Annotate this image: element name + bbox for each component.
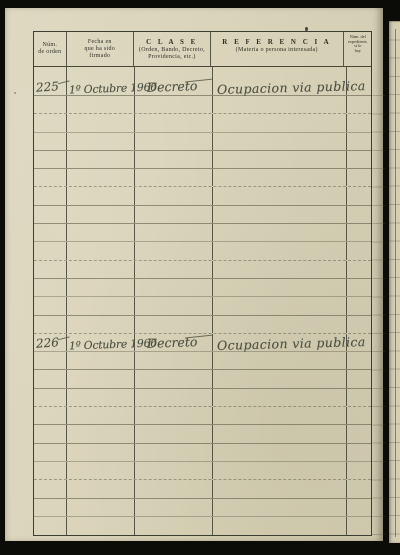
cell-expediente <box>347 114 371 131</box>
register-page: Núm. de orden Fecha en que ha sido firma… <box>5 8 383 541</box>
cell-referencia <box>213 316 347 333</box>
cell-num-orden <box>34 279 67 296</box>
cell-referencia <box>213 462 347 479</box>
cell-referencia <box>213 352 347 369</box>
table-row <box>34 389 371 407</box>
cell-num-orden <box>34 133 67 150</box>
cell-fecha <box>67 261 135 278</box>
entry-referencia: Ocupacion via publica <box>217 78 366 97</box>
next-page-rule-line <box>395 29 396 537</box>
cell-fecha <box>67 279 135 296</box>
cell-num-orden <box>34 224 67 241</box>
cell-num-orden <box>34 242 67 259</box>
cell-fecha: 1º Octubre 1966 <box>67 334 135 351</box>
scanned-photo-background: Núm. de orden Fecha en que ha sido firma… <box>0 0 400 555</box>
cell-clase <box>135 114 213 131</box>
cell-fecha <box>67 370 135 387</box>
header-cell-num-orden: Núm. de orden <box>34 32 67 66</box>
entry-num-orden: 226 <box>36 335 60 351</box>
table-row <box>34 425 371 443</box>
table-row <box>34 187 371 205</box>
table-row <box>34 279 371 297</box>
header-text: Núm. <box>34 42 66 49</box>
header-cell-expediente: Núm. del expediente, si lo hay <box>344 32 372 66</box>
cell-expediente <box>347 67 371 95</box>
cell-expediente <box>347 425 371 442</box>
cell-clase <box>135 370 213 387</box>
header-text: (Orden, Bando, Decreto, <box>134 47 210 54</box>
cell-expediente <box>347 297 371 314</box>
table-row <box>34 206 371 224</box>
cell-fecha <box>67 224 135 241</box>
header-text: de orden <box>34 49 66 56</box>
header-text: firmado <box>67 53 133 60</box>
cell-clase <box>135 224 213 241</box>
entry-num-orden: 225 <box>36 79 60 95</box>
cell-fecha <box>67 462 135 479</box>
cell-expediente <box>347 517 371 535</box>
cell-expediente <box>347 242 371 259</box>
table-header-row: Núm. de orden Fecha en que ha sido firma… <box>34 32 371 67</box>
ink-speck <box>14 92 16 94</box>
cell-fecha <box>67 517 135 535</box>
cell-clase <box>135 407 213 424</box>
cell-num-orden <box>34 261 67 278</box>
header-cell-referencia: R E F E R E N C I A (Materia o persona i… <box>211 32 344 66</box>
cell-num-orden <box>34 480 67 497</box>
cell-num-orden <box>34 389 67 406</box>
table-row <box>34 96 371 114</box>
cell-clase <box>135 425 213 442</box>
cell-referencia: Ocupacion via publica <box>213 334 347 351</box>
cell-num-orden <box>34 517 67 535</box>
header-text: hay <box>347 49 367 54</box>
table-row <box>34 407 371 425</box>
header-text: que ha sido <box>67 46 133 53</box>
cell-fecha <box>67 444 135 461</box>
cell-clase <box>135 133 213 150</box>
cell-clase <box>135 96 213 113</box>
cell-clase <box>135 499 213 516</box>
cell-expediente <box>347 370 371 387</box>
cell-referencia <box>213 206 347 223</box>
cell-referencia <box>213 389 347 406</box>
cell-referencia <box>213 444 347 461</box>
cell-num-orden <box>34 316 67 333</box>
cell-referencia <box>213 133 347 150</box>
cell-referencia <box>213 114 347 131</box>
cell-num-orden <box>34 187 67 204</box>
table-row <box>34 151 371 169</box>
header-text: (Materia o persona interesada) <box>211 47 343 54</box>
cell-referencia <box>213 96 347 113</box>
cell-referencia <box>213 297 347 314</box>
cell-num-orden: 225 <box>34 67 67 95</box>
cell-referencia <box>213 261 347 278</box>
cell-fecha <box>67 206 135 223</box>
cell-referencia <box>213 169 347 186</box>
cell-fecha: 1º Octubre 1966 <box>67 67 135 95</box>
header-text: R E F E R E N C I A <box>211 38 343 47</box>
cell-clase <box>135 279 213 296</box>
cell-referencia <box>213 151 347 168</box>
cell-clase <box>135 517 213 535</box>
cell-expediente <box>347 407 371 424</box>
cell-num-orden <box>34 407 67 424</box>
cell-clase <box>135 462 213 479</box>
table-row: 2261º Octubre 1966DecretoOcupacion via p… <box>34 334 371 352</box>
table-row <box>34 242 371 260</box>
cell-clase <box>135 352 213 369</box>
header-cell-clase: C L A S E (Orden, Bando, Decreto, Provid… <box>134 32 211 66</box>
cell-expediente <box>347 133 371 150</box>
cell-expediente <box>347 151 371 168</box>
entry-clase: Decreto <box>147 334 198 351</box>
cell-clase <box>135 261 213 278</box>
header-text: Núm. del <box>347 35 367 40</box>
header-text: Fecha en <box>67 39 133 46</box>
cell-clase <box>135 242 213 259</box>
cell-referencia <box>213 499 347 516</box>
cell-referencia: Ocupacion via publica <box>213 67 347 95</box>
cell-fecha <box>67 425 135 442</box>
cell-expediente <box>347 389 371 406</box>
header-text: C L A S E <box>134 38 210 47</box>
table-row <box>34 480 371 498</box>
cell-referencia <box>213 370 347 387</box>
cell-fecha <box>67 114 135 131</box>
cell-fecha <box>67 297 135 314</box>
cell-expediente <box>347 279 371 296</box>
cell-clase <box>135 444 213 461</box>
header-text-group: Núm. del expediente, si lo hay <box>347 32 367 54</box>
cell-num-orden <box>34 499 67 516</box>
cell-clase <box>135 389 213 406</box>
cell-referencia <box>213 242 347 259</box>
cell-num-orden <box>34 114 67 131</box>
cell-fecha <box>67 316 135 333</box>
cell-referencia <box>213 517 347 535</box>
cell-fecha <box>67 96 135 113</box>
table-row <box>34 316 371 334</box>
cell-fecha <box>67 480 135 497</box>
cell-fecha <box>67 407 135 424</box>
cell-expediente <box>347 206 371 223</box>
cell-expediente <box>347 352 371 369</box>
cell-expediente <box>347 334 371 351</box>
cell-num-orden <box>34 169 67 186</box>
cell-fecha <box>67 242 135 259</box>
table-row <box>34 499 371 517</box>
cell-fecha <box>67 169 135 186</box>
cell-referencia <box>213 187 347 204</box>
cell-num-orden <box>34 297 67 314</box>
next-page-edge <box>389 21 400 543</box>
table-row: 2251º Octubre 1966DecretoOcupacion via p… <box>34 67 371 96</box>
header-cell-fecha: Fecha en que ha sido firmado <box>67 32 134 66</box>
cell-num-orden <box>34 352 67 369</box>
register-table: Núm. de orden Fecha en que ha sido firma… <box>33 31 372 536</box>
cell-clase: Decreto <box>135 67 213 95</box>
header-text: Providencia, etc.) <box>134 54 210 61</box>
cell-clase <box>135 151 213 168</box>
cell-fecha <box>67 151 135 168</box>
cell-expediente <box>347 224 371 241</box>
cell-clase <box>135 169 213 186</box>
cell-expediente <box>347 261 371 278</box>
cell-referencia <box>213 480 347 497</box>
cell-expediente <box>347 316 371 333</box>
table-row <box>34 352 371 370</box>
cell-num-orden: 226 <box>34 334 67 351</box>
cell-num-orden <box>34 444 67 461</box>
cell-num-orden <box>34 206 67 223</box>
cell-expediente <box>347 169 371 186</box>
table-body: 2251º Octubre 1966DecretoOcupacion via p… <box>34 67 371 535</box>
table-row <box>34 444 371 462</box>
table-row <box>34 517 371 535</box>
cell-fecha <box>67 352 135 369</box>
cell-num-orden <box>34 96 67 113</box>
cell-expediente <box>347 96 371 113</box>
table-row <box>34 169 371 187</box>
table-row <box>34 462 371 480</box>
cell-fecha <box>67 389 135 406</box>
cell-clase <box>135 480 213 497</box>
table-row <box>34 133 371 151</box>
table-row <box>34 114 371 132</box>
table-row <box>34 261 371 279</box>
cell-expediente <box>347 480 371 497</box>
cell-num-orden <box>34 370 67 387</box>
cell-fecha <box>67 133 135 150</box>
cell-referencia <box>213 407 347 424</box>
cell-num-orden <box>34 462 67 479</box>
cell-referencia <box>213 224 347 241</box>
cell-expediente <box>347 462 371 479</box>
table-row <box>34 370 371 388</box>
cell-clase <box>135 297 213 314</box>
cell-expediente <box>347 187 371 204</box>
table-row <box>34 224 371 242</box>
entry-clase: Decreto <box>147 78 198 95</box>
entry-referencia: Ocupacion via publica <box>217 334 366 353</box>
cell-expediente <box>347 499 371 516</box>
cell-clase <box>135 316 213 333</box>
cell-expediente <box>347 444 371 461</box>
cell-fecha <box>67 187 135 204</box>
cell-num-orden <box>34 425 67 442</box>
cell-num-orden <box>34 151 67 168</box>
cell-clase <box>135 187 213 204</box>
cell-referencia <box>213 279 347 296</box>
cell-clase <box>135 206 213 223</box>
table-row <box>34 297 371 315</box>
cell-fecha <box>67 499 135 516</box>
rule-line-bleed <box>372 95 385 535</box>
cell-clase: Decreto <box>135 334 213 351</box>
cell-referencia <box>213 425 347 442</box>
